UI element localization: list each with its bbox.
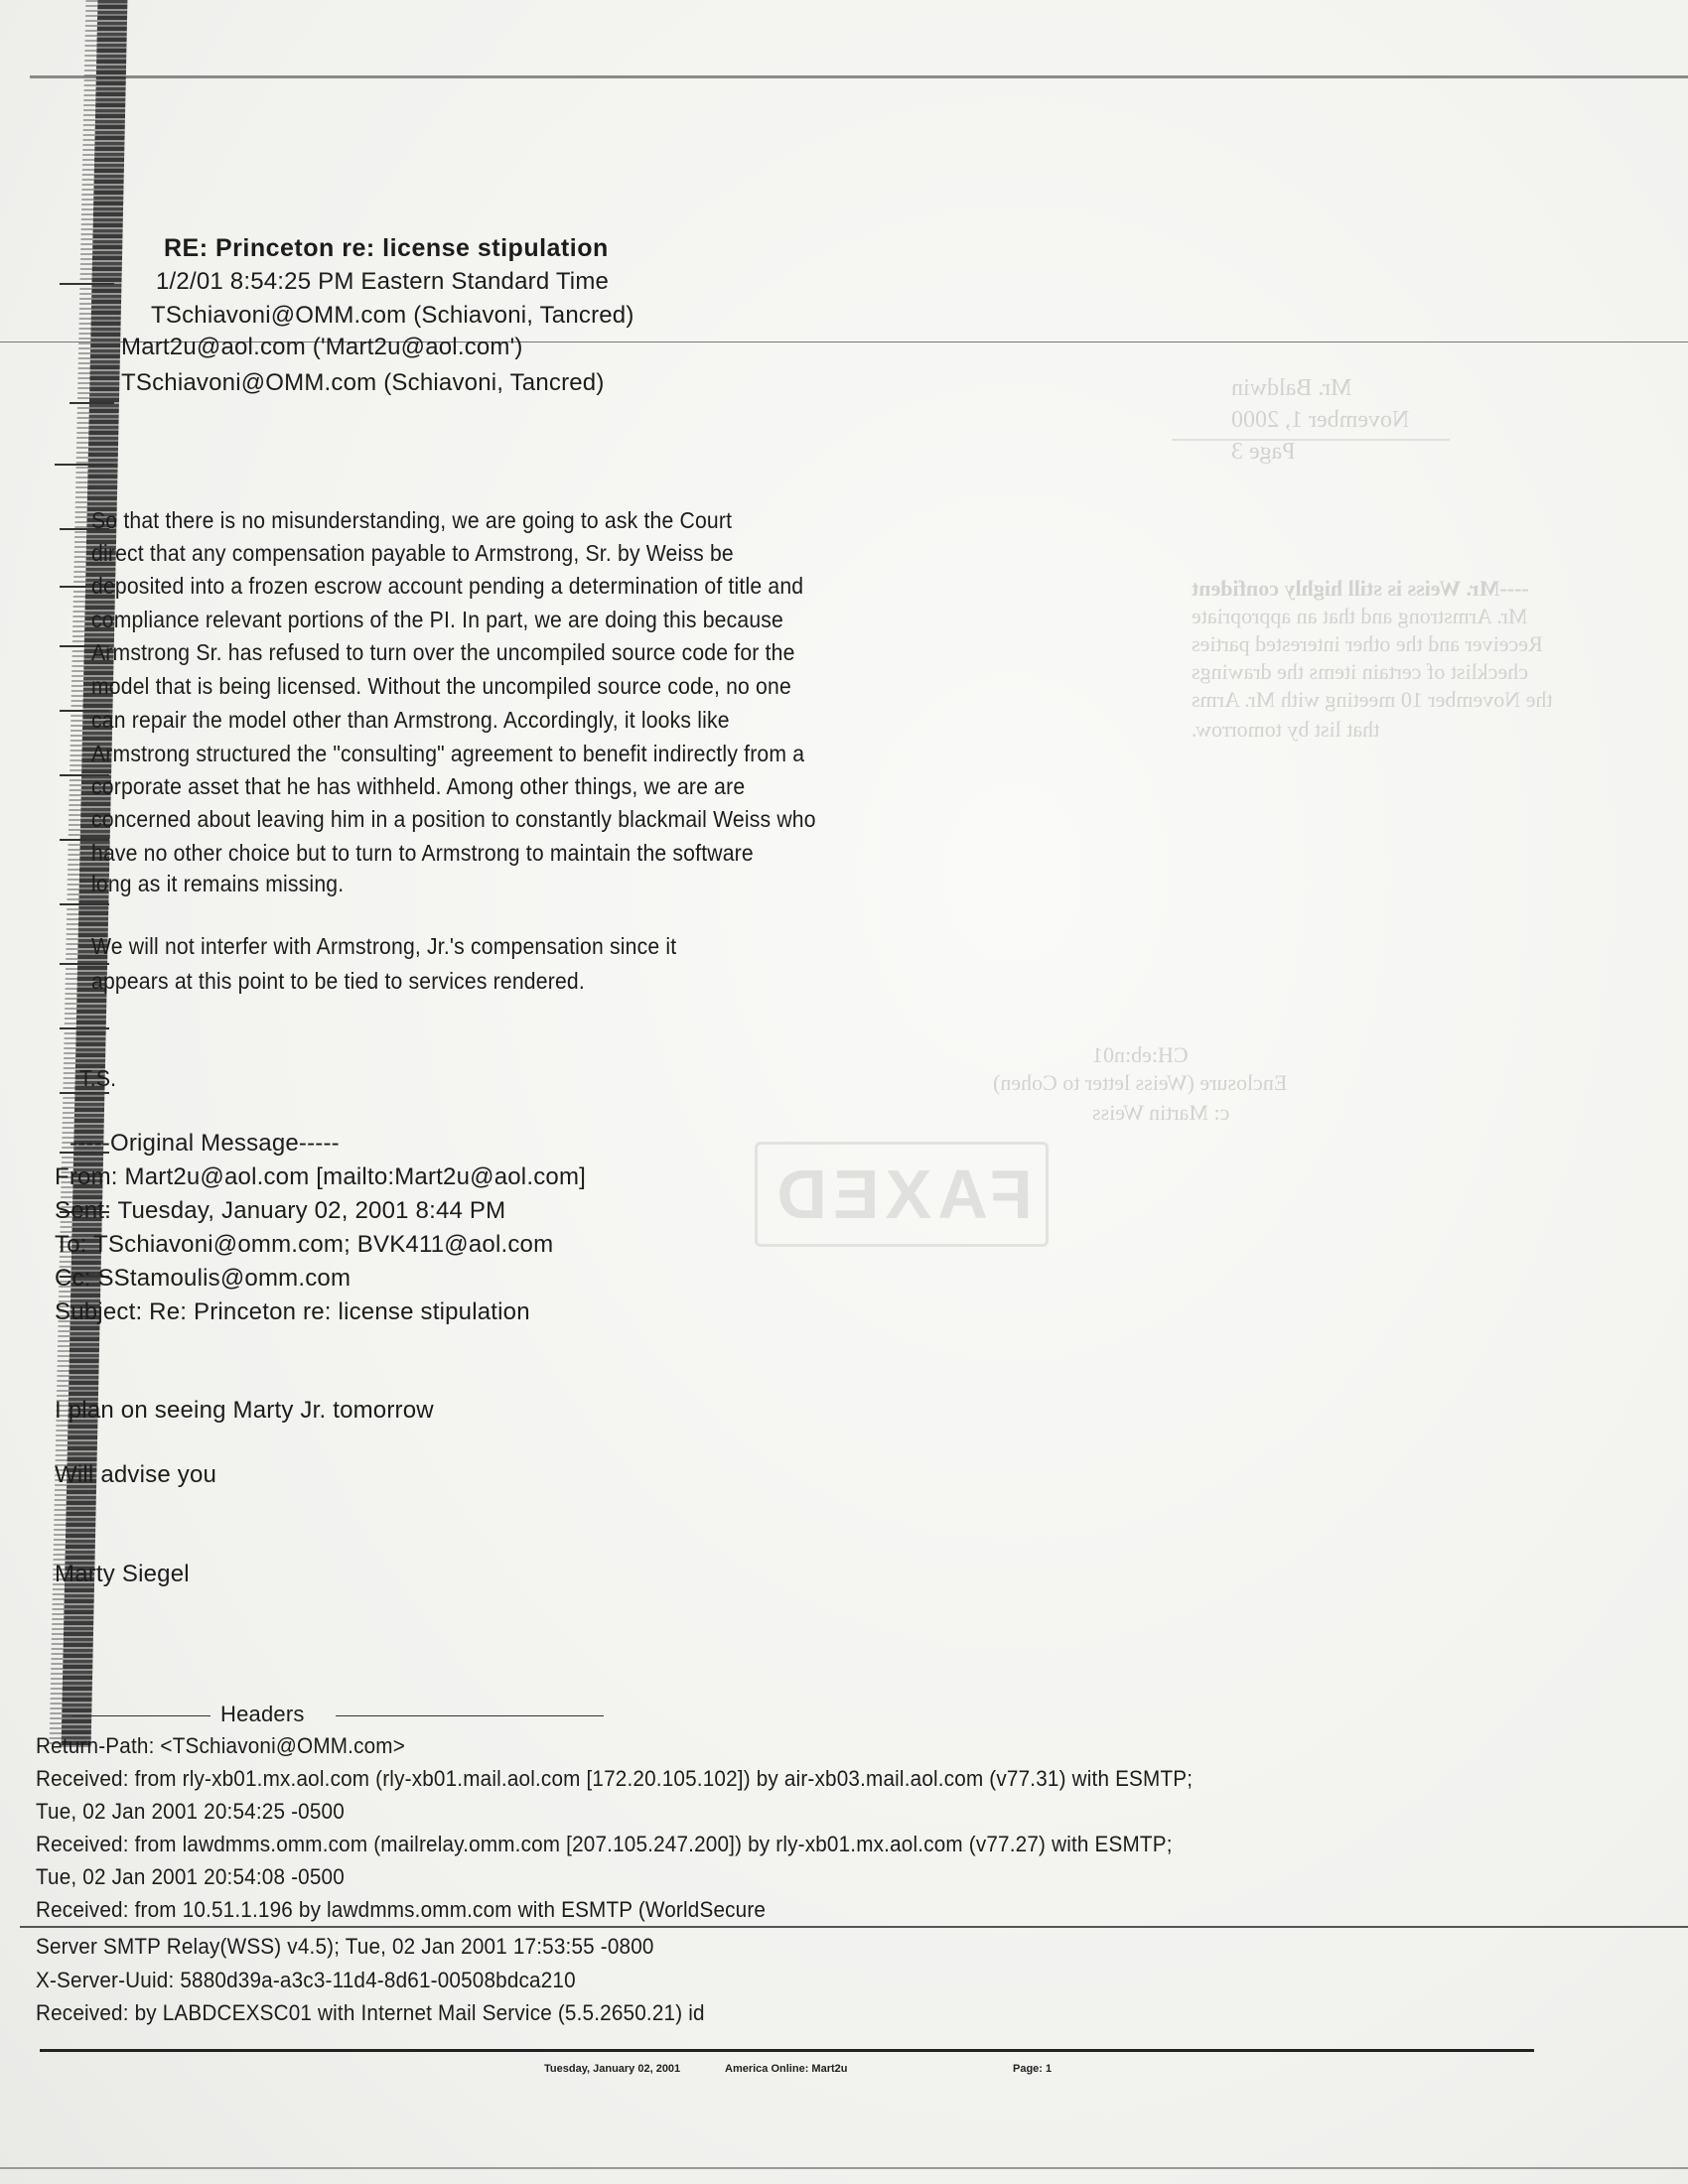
original-sent: Sent: Tuesday, January 02, 2001 8:44 PM — [55, 1197, 505, 1225]
ghost-text: November 1, 2000 — [1231, 407, 1409, 434]
body-line: Armstrong structured the "consulting" ag… — [91, 741, 804, 767]
original-signature: Marty Siegel — [55, 1561, 190, 1588]
ghost-text: Receiver and the other interested partie… — [1192, 631, 1543, 657]
body-line: We will not interfer with Armstrong, Jr.… — [91, 933, 676, 960]
headers-title: Headers — [220, 1702, 305, 1727]
original-from: From: Mart2u@aol.com [mailto:Mart2u@aol.… — [55, 1163, 586, 1191]
email-from: TSchiavoni@OMM.com (Schiavoni, Tancred) — [151, 302, 634, 330]
ghost-text: checklist of certain items the drawings — [1192, 659, 1528, 685]
original-body-line: I plan on seeing Marty Jr. tomorrow — [55, 1397, 434, 1425]
scan-tick — [60, 903, 109, 905]
original-to: To: TSchiavoni@omm.com; BVK411@aol.com — [55, 1231, 553, 1259]
original-subject: Subject: Re: Princeton re: license stipu… — [55, 1298, 530, 1326]
top-rule — [30, 75, 1688, 78]
ghost-text: the November 10 meeting with Mr. Arms — [1192, 687, 1553, 713]
headers-rule-right — [336, 1715, 604, 1716]
header-line: Tue, 02 Jan 2001 20:54:08 -0500 — [36, 1864, 345, 1890]
header-line: Return-Path: <TSchiavoni@OMM.com> — [36, 1733, 405, 1759]
body-line: concerned about leaving him in a positio… — [91, 806, 816, 833]
email-signoff: T.S. — [79, 1065, 116, 1092]
ghost-text: Page 3 — [1231, 439, 1296, 466]
header-line: Received: from 10.51.1.196 by lawdmms.om… — [36, 1897, 766, 1923]
scan-tick — [60, 283, 114, 285]
scan-rule — [20, 1926, 1688, 1928]
original-cc: Cc: SStamoulis@omm.com — [55, 1265, 351, 1293]
body-line: corporate asset that he has withheld. Am… — [91, 773, 745, 800]
ghost-text: Mr. Baldwin — [1231, 375, 1351, 402]
body-line: long as it remains missing. — [91, 871, 344, 897]
scan-tick — [60, 963, 109, 965]
ghost-text: CH:eb:n01 — [1092, 1042, 1189, 1068]
scan-tick — [60, 1092, 109, 1094]
ghost-text: Enclosure (Weiss letter to Cohen) — [993, 1070, 1287, 1096]
header-line: Received: from rly-xb01.mx.aol.com (rly-… — [36, 1766, 1193, 1792]
header-line: X-Server-Uuid: 5880d39a-a3c3-11d4-8d61-0… — [36, 1968, 576, 1993]
body-line: deposited into a frozen escrow account p… — [91, 573, 803, 600]
email-subject: RE: Princeton re: license stipulation — [164, 234, 609, 263]
header-line: Tue, 02 Jan 2001 20:54:25 -0500 — [36, 1799, 345, 1825]
faxed-stamp-ghost: FAXED — [755, 1142, 1049, 1247]
body-line: compliance relevant portions of the PI. … — [91, 607, 783, 633]
original-body-line: Will advise you — [55, 1461, 216, 1489]
scan-tick — [60, 1027, 109, 1029]
email-to: Mart2u@aol.com ('Mart2u@aol.com') — [121, 334, 523, 361]
ghost-text: that list by tomorrow. — [1192, 717, 1379, 743]
header-line: Received: from lawdmms.omm.com (mailrela… — [36, 1832, 1173, 1857]
original-divider: -----Original Message----- — [70, 1130, 340, 1158]
footer-app: America Online: Mart2u — [725, 2063, 847, 2075]
ghost-text: Mr. Armstrong and that an appropriate — [1192, 604, 1527, 629]
footer-rule — [40, 2049, 1534, 2052]
body-line: can repair the model other than Armstron… — [91, 707, 730, 734]
header-line: Server SMTP Relay(WSS) v4.5); Tue, 02 Ja… — [36, 1934, 654, 1960]
header-line: Received: by LABDCEXSC01 with Internet M… — [36, 2000, 705, 2026]
body-line: Armstrong Sr. has refused to turn over t… — [91, 639, 795, 666]
ghost-text: ----Mr. Weiss is still highly confident — [1192, 576, 1529, 602]
body-line: So that there is no misunderstanding, we… — [91, 507, 732, 534]
ghost-rule — [1172, 439, 1450, 441]
scan-tick — [55, 464, 114, 466]
bottom-scan-rule — [0, 2167, 1688, 2169]
body-line: model that is being licensed. Without th… — [91, 673, 791, 700]
scan-tick — [70, 402, 114, 404]
footer-date: Tuesday, January 02, 2001 — [544, 2063, 680, 2075]
body-line: appears at this point to be tied to serv… — [91, 968, 585, 995]
footer-page: Page: 1 — [1013, 2063, 1052, 2075]
email-date: 1/2/01 8:54:25 PM Eastern Standard Time — [156, 268, 609, 296]
headers-rule-left — [71, 1715, 211, 1716]
body-line: direct that any compensation payable to … — [91, 540, 734, 567]
body-line: have no other choice but to turn to Arms… — [91, 840, 754, 867]
email-cc: TSchiavoni@OMM.com (Schiavoni, Tancred) — [121, 369, 605, 397]
ghost-text: c: Martin Weiss — [1092, 1100, 1229, 1126]
